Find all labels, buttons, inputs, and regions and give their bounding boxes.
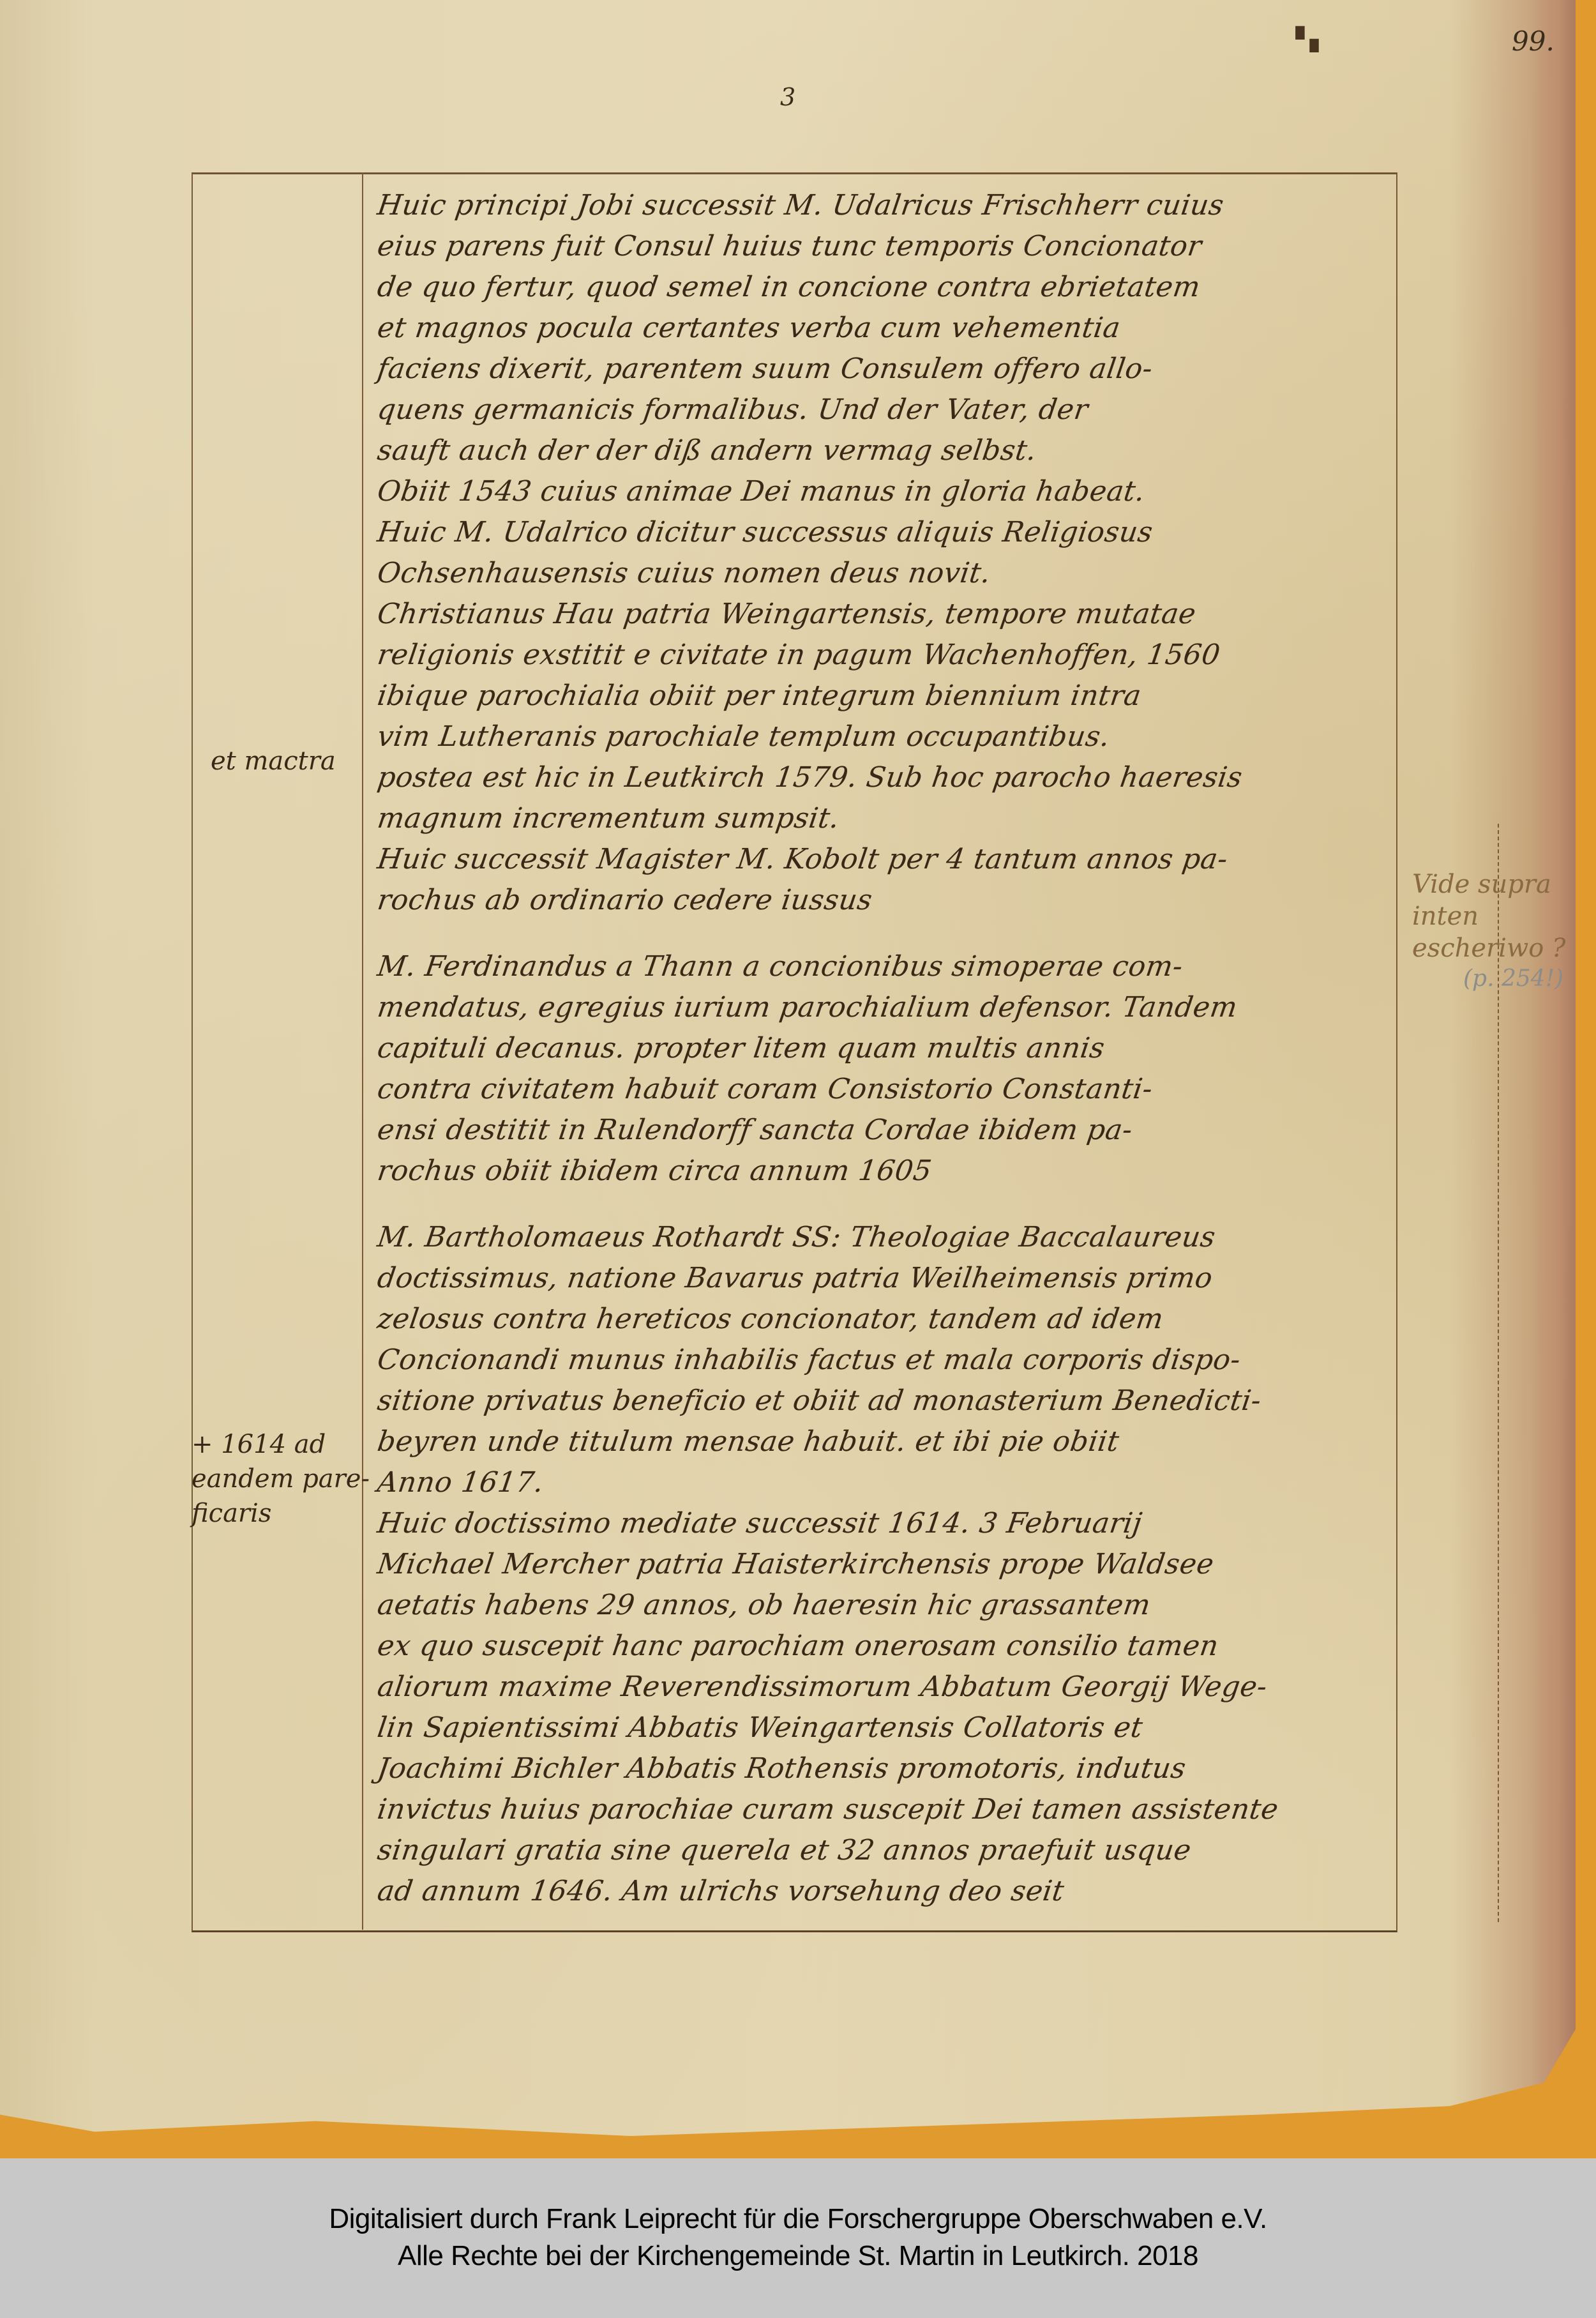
copyright-caption: Digitalisiert durch Frank Leiprecht für … [0,2158,1596,2318]
margin-rule-line [362,172,363,1930]
margin-note-2: + 1614 ad eandem pare- ficaris [192,1427,370,1531]
ink-blot-marks: ▘▖ [1296,27,1324,52]
side-note-pencil-reference: (p. 254!) [1463,964,1576,993]
text-line: Joachimi Bichler Abbatis Rothensis promo… [374,1755,1401,1796]
text-line: Obiit 1543 cuius animae Dei manus in glo… [374,478,1401,519]
manuscript-text: Huic principi Jobi successit M. Udalricu… [377,192,1398,1918]
text-line: ibique parochialia obiit per integrum bi… [374,682,1401,723]
text-line: ex quo suscepit hanc parochiam onerosam … [374,1632,1401,1673]
text-line: singulari gratia sine querela et 32 anno… [374,1837,1401,1877]
text-line: M. Bartholomaeus Rothardt SS: Theologiae… [374,1223,1401,1264]
text-line: magnum incrementum sumpsit. [374,805,1401,845]
text-line: doctissimus, natione Bavarus patria Weil… [374,1264,1401,1305]
text-line: beyren unde titulum mensae habuit. et ib… [374,1428,1401,1469]
text-line: Huic principi Jobi successit M. Udalricu… [374,192,1401,232]
side-note: Vide supra inten escheriwo ? (p. 254!) [1412,868,1576,993]
margin-note-1: et mactra [211,744,336,778]
text-line: invictus huius parochiae curam suscepit … [374,1796,1401,1837]
side-note-ink-1: Vide supra inten [1412,868,1576,932]
text-line: Concionandi munus inhabilis factus et ma… [374,1346,1401,1387]
text-line: M. Ferdinandus a Thann a concionibus sim… [374,953,1401,994]
text-line: ensi destitit in Rulendorff sancta Corda… [374,1116,1401,1157]
text-line: contra civitatem habuit coram Consistori… [374,1075,1401,1116]
text-line: faciens dixerit, parentem suum Consulem … [374,355,1401,396]
margin-note-line: eandem pare- [192,1462,370,1496]
text-line: quens germanicis formalibus. Und der Vat… [374,396,1401,437]
text-line: vim Lutheranis parochiale templum occupa… [374,723,1401,764]
text-line: Huic M. Udalrico dicitur successus aliqu… [374,519,1401,559]
text-line: Anno 1617. [374,1469,1401,1510]
text-line: Huic successit Magister M. Kobolt per 4 … [374,845,1401,886]
text-line: Christianus Hau patria Weingartensis, te… [374,600,1401,641]
text-line: de quo fertur, quod semel in concione co… [374,273,1401,314]
text-line: aliorum maxime Reverendissimorum Abbatum… [374,1673,1401,1714]
text-line: zelosus contra hereticos concionator, ta… [374,1305,1401,1346]
text-line: lin Sapientissimi Abbatis Weingartensis … [374,1714,1401,1755]
text-line: et magnos pocula certantes verba cum veh… [374,314,1401,355]
margin-note-line: + 1614 ad [192,1427,370,1462]
text-line: mendatus, egregius iurium parochialium d… [374,994,1401,1034]
text-line: postea est hic in Leutkirch 1579. Sub ho… [374,764,1401,805]
page-binding-edge [1531,0,1576,2107]
text-line: religionis exstitit e civitate in pagum … [374,641,1401,682]
text-line: aetatis habens 29 annos, ob haeresin hic… [374,1591,1401,1632]
text-line: sauft auch der der diß andern vermag sel… [374,437,1401,478]
text-line: eius parens fuit Consul huius tunc tempo… [374,232,1401,273]
caption-line-rights: Alle Rechte bei der Kirchengemeinde St. … [0,2238,1596,2275]
text-line: rochus obiit ibidem circa annum 1605 [374,1157,1401,1198]
text-line: capituli decanus. propter litem quam mul… [374,1034,1401,1075]
text-line: sitione privatus beneficio et obiit ad m… [374,1387,1401,1428]
scan-area: ▘▖ 99. 3 et mactra + 1614 ad eandem pare… [0,0,1596,2158]
margin-note-line: ficaris [192,1496,370,1531]
text-line: Michael Mercher patria Haisterkirchensis… [374,1550,1401,1591]
top-marker: 3 [780,83,795,111]
text-line: rochus ab ordinario cedere iussus [374,886,1401,927]
manuscript-page: ▘▖ 99. 3 et mactra + 1614 ad eandem pare… [0,0,1576,2136]
caption-line-digitized: Digitalisiert durch Frank Leiprecht für … [0,2201,1596,2238]
side-note-ink-2: escheriwo ? [1412,932,1576,964]
page-number: 99. [1512,26,1555,57]
text-line: Huic doctissimo mediate successit 1614. … [374,1510,1401,1550]
text-line: ad annum 1646. Am ulrichs vorsehung deo … [374,1877,1401,1918]
text-line: Ochsenhausensis cuius nomen deus novit. [374,559,1401,600]
